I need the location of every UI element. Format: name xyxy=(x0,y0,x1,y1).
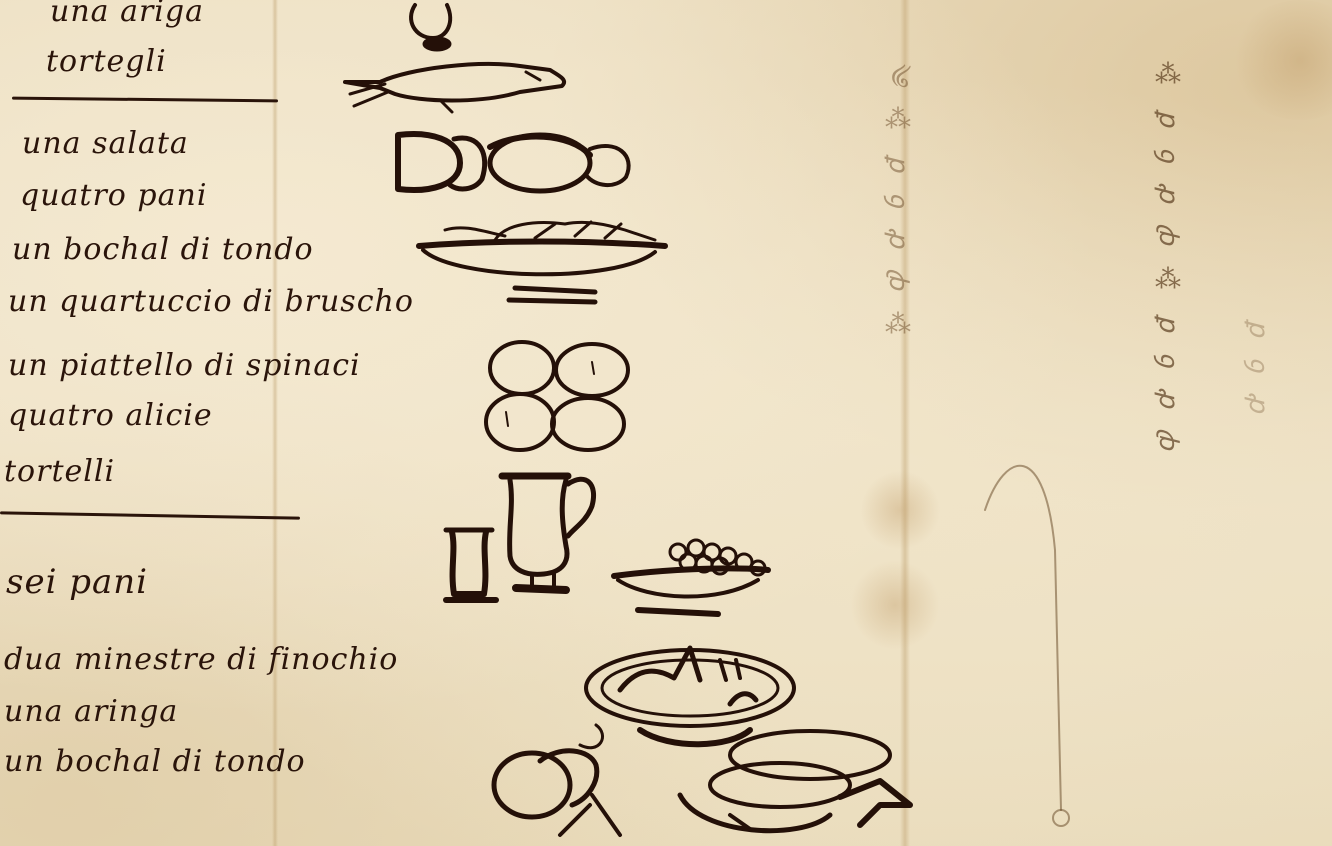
paper-stain xyxy=(1230,0,1332,120)
list-item: una aringa xyxy=(4,694,178,729)
herring-and-rolls-sketch xyxy=(480,725,940,846)
bread-rolls-sketch xyxy=(390,125,640,205)
plate-of-food-sketch xyxy=(415,210,675,310)
divider-line xyxy=(12,97,278,103)
manuscript-page: una ariga tortegli una salata quatro pan… xyxy=(0,0,1332,846)
small-cup-sketch xyxy=(440,520,500,605)
list-item: un quartuccio di bruscho xyxy=(8,284,414,319)
list-item: tortelli xyxy=(4,454,115,489)
paper-fold-left xyxy=(272,0,278,846)
margin-note-column-c: ꝑ ꝯ ꝓ xyxy=(1240,320,1276,740)
list-item: un bochal di tondo xyxy=(12,232,314,267)
list-item: quatro pani xyxy=(20,178,207,213)
margin-note-column-b: ⁂ ꝑ ꝯ ꝓ ꞗ ⁂ ꝑ ꝯ ꝓ ꞗ xyxy=(1150,60,1186,820)
dish-of-anchovies-sketch xyxy=(608,530,778,620)
list-item: un bochal di tondo xyxy=(4,744,306,779)
four-rolls-sketch xyxy=(482,340,642,455)
list-item: quatro alicie xyxy=(8,398,213,433)
fish-sketch xyxy=(340,50,580,120)
divider-line xyxy=(0,511,300,519)
list-item: tortegli xyxy=(46,44,167,79)
list-item: sei pani xyxy=(6,562,148,602)
list-item: una salata xyxy=(22,126,189,161)
faint-arch-stroke xyxy=(975,450,1075,830)
list-item: un piattello di spinaci xyxy=(8,348,361,383)
jug-sketch xyxy=(496,466,606,606)
margin-note-column-a: ༄ ⁂ ꝑ ꝯ ꝓ ꞗ ⁂ xyxy=(862,60,935,680)
list-item: dua minestre di finochio xyxy=(4,642,398,677)
list-item: una ariga xyxy=(50,0,204,29)
